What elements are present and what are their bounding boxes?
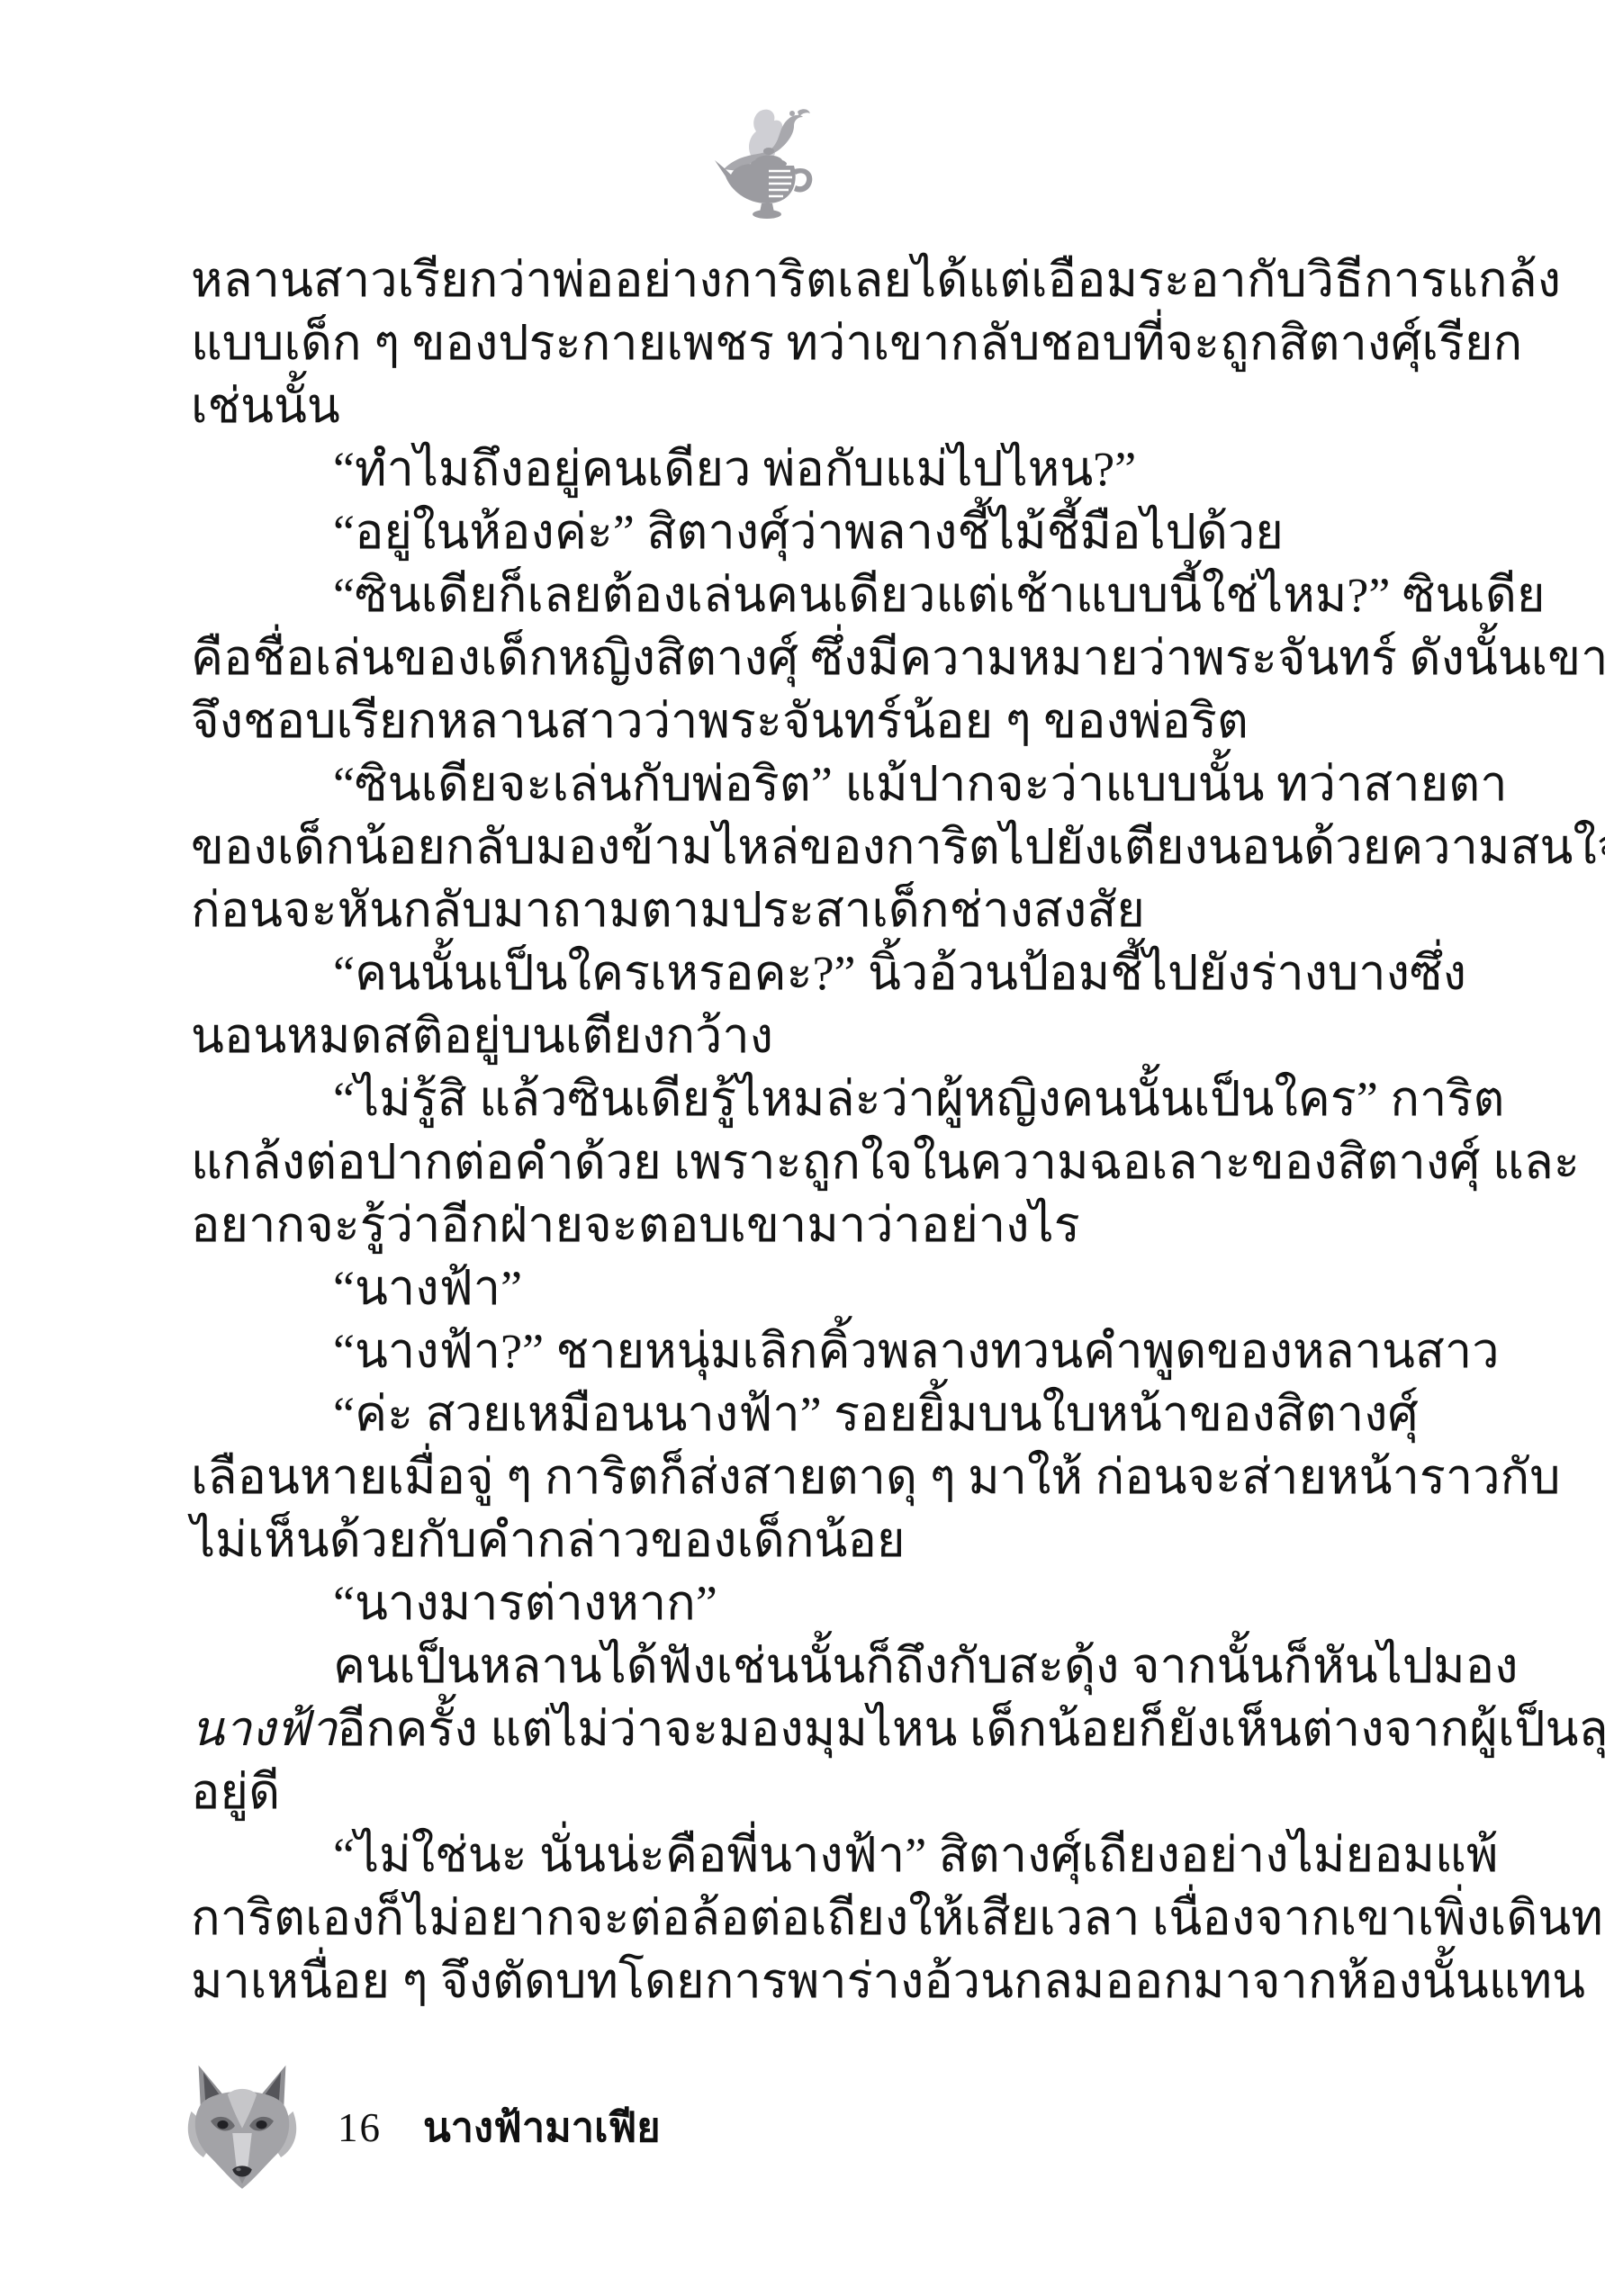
text-line: “ไม่ใช่นะ นั่นน่ะคือพี่นางฟ้า” สิตางศุ์เ… [191,1823,1334,1886]
text-line: มาเหนื่อย ๆ จึงตัดบทโดยการพาร่างอ้วนกลมอ… [191,1949,1334,2012]
book-page: หลานสาวเรียกว่าพ่ออย่างการิตเลยได้แต่เอื… [0,0,1605,2296]
running-title: นางฟ้ามาเฟีย [423,2104,661,2151]
text-line: “คนนั้นเป็นใครเหรอคะ?” นิ้วอ้วนป้อมชี้ไป… [191,941,1334,1004]
text-segment: “ไม่ใช่นะ นั่นน่ะคือพี่นางฟ้า” สิตางศุ์เ… [333,1828,1498,1882]
text-line: “ไม่รู้สิ แล้วซินเดียรู้ไหมล่ะว่าผู้หญิง… [191,1067,1334,1130]
text-segment: “ไม่รู้สิ แล้วซินเดียรู้ไหมล่ะว่าผู้หญิง… [333,1072,1504,1126]
genie-lamp-icon [711,104,819,223]
text-segment: อยู่ดี [191,1765,280,1819]
page-footer: 16นางฟ้ามาเฟีย [0,2061,1605,2205]
text-line: ไม่เห็นด้วยกับคำกล่าวของเด็กน้อย [191,1508,1334,1571]
text-line: การิตเองก็ไม่อยากจะต่อล้อต่อเถียงให้เสีย… [191,1886,1334,1949]
text-line: “ค่ะ สวยเหมือนนางฟ้า” รอยยิ้มบนใบหน้าของ… [191,1382,1334,1445]
text-line: แกล้งต่อปากต่อคำด้วย เพราะถูกใจในความฉอเ… [191,1130,1334,1193]
text-line: แบบเด็ก ๆ ของประกายเพชร ทว่าเขากลับชอบที… [191,311,1334,374]
text-segment: คือชื่อเล่นของเด็กหญิงสิตางศุ์ ซึ่งมีควา… [191,631,1605,685]
text-line: ก่อนจะหันกลับมาถามตามประสาเด็กช่างสงสัย [191,878,1334,941]
text-line: “นางมารต่างหาก” [191,1571,1334,1634]
text-segment: “ซินเดียก็เลยต้องเล่นคนเดียวแต่เช้าแบบนี… [333,568,1546,622]
text-line: “ซินเดียก็เลยต้องเล่นคนเดียวแต่เช้าแบบนี… [191,563,1334,626]
text-line: “ซินเดียจะเล่นกับพ่อริต” แม้ปากจะว่าแบบน… [191,752,1334,815]
text-segment: “นางฟ้า” [333,1261,522,1315]
body-text: หลานสาวเรียกว่าพ่ออย่างการิตเลยได้แต่เอื… [191,248,1334,2012]
text-segment: “ค่ะ สวยเหมือนนางฟ้า” รอยยิ้มบนใบหน้าของ… [333,1387,1419,1441]
text-line: คนเป็นหลานได้ฟังเช่นนั้นก็ถึงกับสะดุ้ง จ… [191,1634,1334,1697]
text-segment: “นางฟ้า?” ชายหนุ่มเลิกคิ้วพลางทวนคำพูดขอ… [333,1324,1500,1378]
text-segment: “ทำไมถึงอยู่คนเดียว พ่อกับแม่ไปไหน?” [333,442,1136,496]
text-line: นอนหมดสติอยู่บนเตียงกว้าง [191,1004,1334,1067]
text-segment: ไม่เห็นด้วยกับคำกล่าวของเด็กน้อย [191,1513,906,1567]
text-line: อยู่ดี [191,1760,1334,1823]
text-segment: เช่นนั้น [191,379,340,433]
text-segment: แบบเด็ก ๆ ของประกายเพชร ทว่าเขากลับชอบที… [191,316,1522,370]
text-line: นางฟ้าอีกครั้ง แต่ไม่ว่าจะมองมุมไหน เด็ก… [191,1697,1334,1760]
text-segment: เลือนหายเมื่อจู่ ๆ การิตก็ส่งสายตาดุ ๆ ม… [191,1450,1561,1504]
text-segment: อีกครั้ง แต่ไม่ว่าจะมองมุมไหน เด็กน้อยก็… [337,1702,1605,1756]
text-line: หลานสาวเรียกว่าพ่ออย่างการิตเลยได้แต่เอื… [191,248,1334,311]
text-line: เลือนหายเมื่อจู่ ๆ การิตก็ส่งสายตาดุ ๆ ม… [191,1445,1334,1508]
text-line: “นางฟ้า?” ชายหนุ่มเลิกคิ้วพลางทวนคำพูดขอ… [191,1319,1334,1382]
text-segment: จึงชอบเรียกหลานสาวว่าพระจันทร์น้อย ๆ ของ… [191,694,1249,748]
text-line: ของเด็กน้อยกลับมองข้ามไหล่ของการิตไปยังเ… [191,815,1334,878]
text-segment: แกล้งต่อปากต่อคำด้วย เพราะถูกใจในความฉอเ… [191,1135,1580,1189]
text-segment: “คนนั้นเป็นใครเหรอคะ?” นิ้วอ้วนป้อมชี้ไป… [333,946,1466,1000]
footer-line: 16นางฟ้ามาเฟีย [338,2104,661,2151]
text-line: “อยู่ในห้องค่ะ” สิตางศุ์ว่าพลางชี้ไม้ชี้… [191,500,1334,563]
text-line: คือชื่อเล่นของเด็กหญิงสิตางศุ์ ซึ่งมีควา… [191,626,1334,689]
text-segment: ก่อนจะหันกลับมาถามตามประสาเด็กช่างสงสัย [191,883,1145,937]
text-line: “นางฟ้า” [191,1256,1334,1319]
text-line: จึงชอบเรียกหลานสาวว่าพระจันทร์น้อย ๆ ของ… [191,689,1334,752]
italic-text-segment: นางฟ้า [191,1702,337,1756]
text-line: เช่นนั้น [191,374,1334,437]
text-segment: “ซินเดียจะเล่นกับพ่อริต” แม้ปากจะว่าแบบน… [333,757,1508,811]
text-segment: มาเหนื่อย ๆ จึงตัดบทโดยการพาร่างอ้วนกลมอ… [191,1954,1585,2008]
fox-head-icon [181,2063,303,2196]
text-segment: “นางมารต่างหาก” [333,1576,717,1630]
text-segment: นอนหมดสติอยู่บนเตียงกว้าง [191,1009,773,1063]
page-number: 16 [338,2104,382,2151]
text-segment: คนเป็นหลานได้ฟังเช่นนั้นก็ถึงกับสะดุ้ง จ… [333,1639,1518,1693]
text-segment: “อยู่ในห้องค่ะ” สิตางศุ์ว่าพลางชี้ไม้ชี้… [333,505,1284,559]
text-segment: หลานสาวเรียกว่าพ่ออย่างการิตเลยได้แต่เอื… [191,253,1561,307]
text-line: อยากจะรู้ว่าอีกฝ่ายจะตอบเขามาว่าอย่างไร [191,1193,1334,1256]
text-segment: การิตเองก็ไม่อยากจะต่อล้อต่อเถียงให้เสีย… [191,1891,1605,1945]
text-line: “ทำไมถึงอยู่คนเดียว พ่อกับแม่ไปไหน?” [191,437,1334,500]
text-segment: ของเด็กน้อยกลับมองข้ามไหล่ของการิตไปยังเ… [191,820,1605,874]
text-segment: อยากจะรู้ว่าอีกฝ่ายจะตอบเขามาว่าอย่างไร [191,1198,1080,1252]
